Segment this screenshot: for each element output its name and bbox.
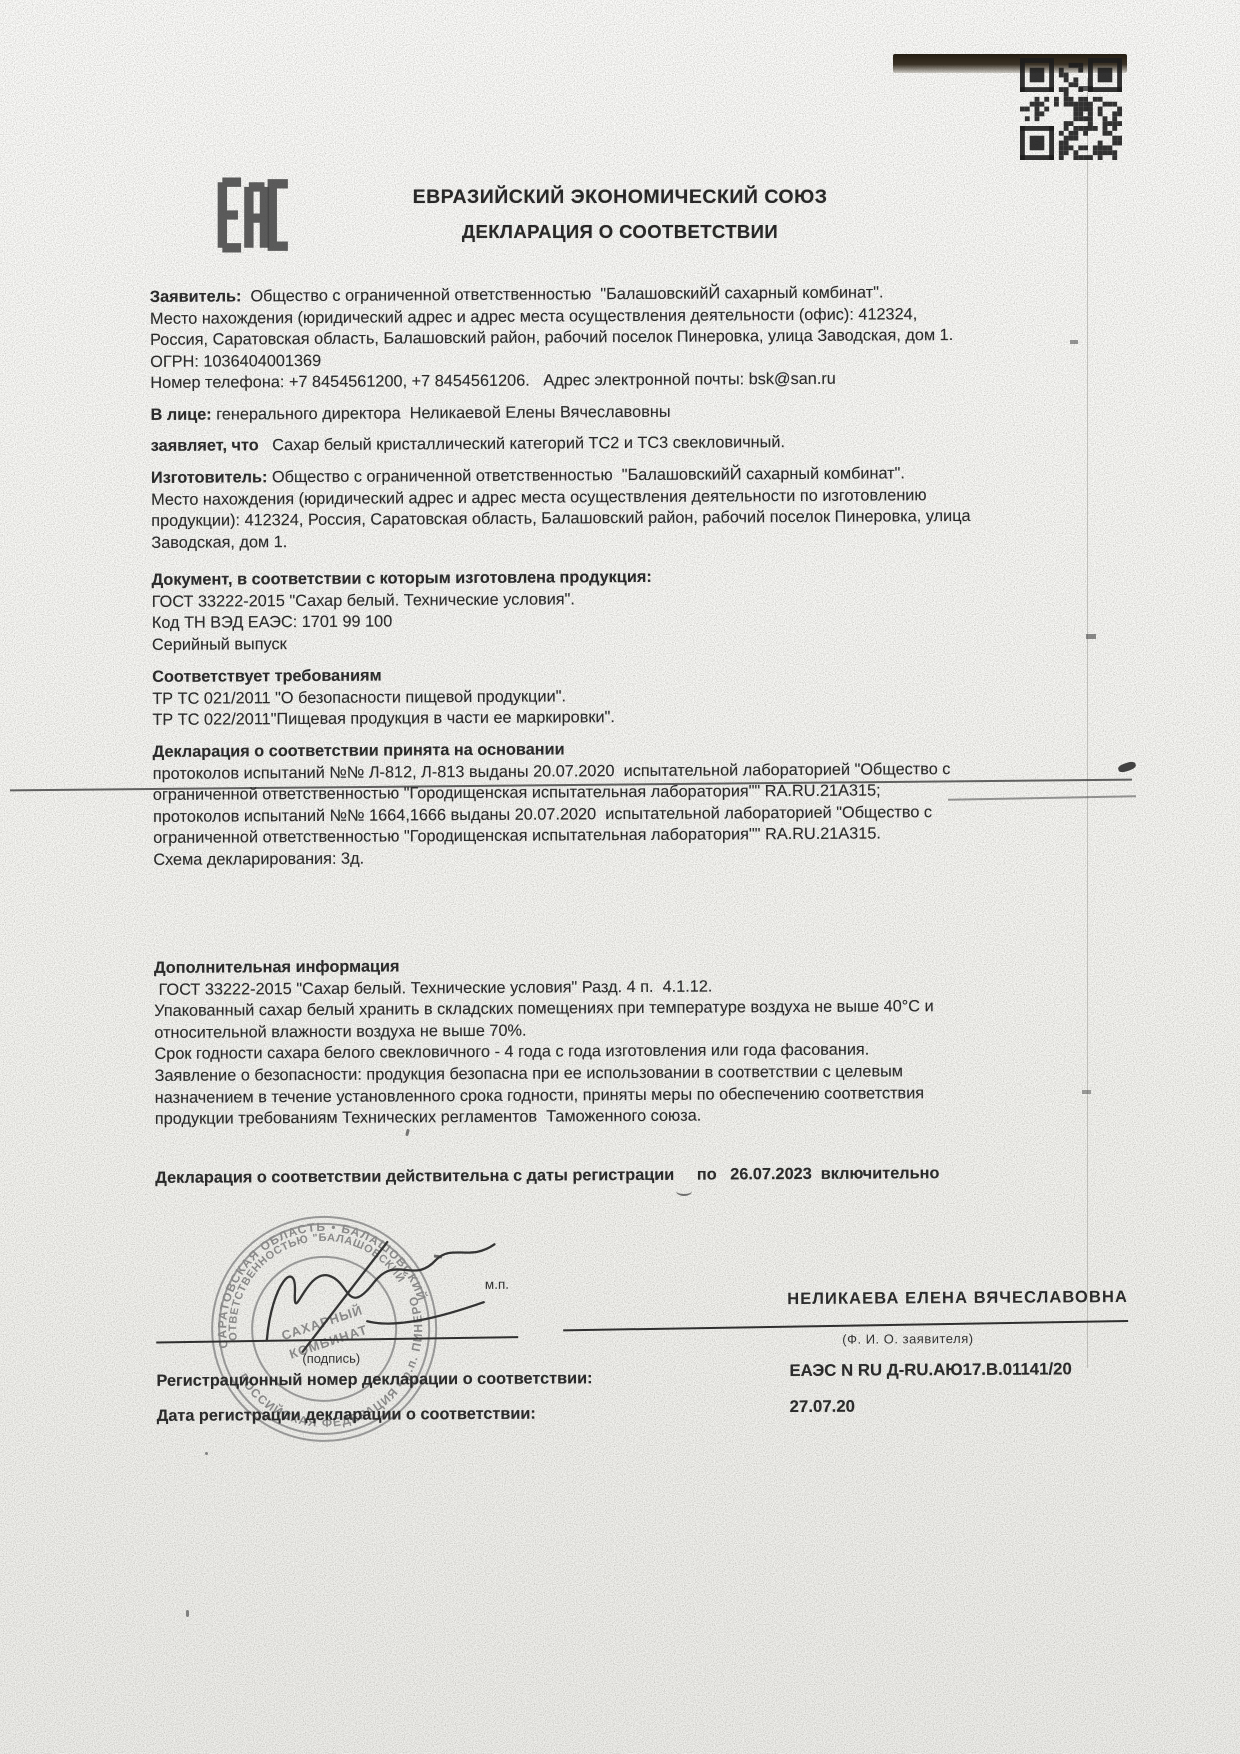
fio-caption: (Ф. И. О. заявителя) xyxy=(842,1331,973,1347)
text-line: Схема декларирования: 3д. xyxy=(153,845,951,871)
paragraph-product-document: Документ, в соответствии с которым изгот… xyxy=(152,567,653,656)
registration-date-value: 27.07.20 xyxy=(790,1397,855,1417)
text-line: В лице: генерального директора Неликаево… xyxy=(151,402,671,427)
paragraph-validity: Декларация о соответствии действительна … xyxy=(155,1163,939,1189)
paragraph-manufacturer: Изготовитель: Общество с ограниченной от… xyxy=(151,463,971,554)
paragraph-basis: Декларация о соответствии принята на осн… xyxy=(153,737,951,871)
applicant-full-name: НЕЛИКАЕВА ЕЛЕНА ВЯЧЕСЛАВОВНА xyxy=(696,1288,1128,1310)
registration-number-label: Регистрационный номер декларации о соотв… xyxy=(156,1369,592,1391)
text-line: ТР ТС 022/2011"Пищевая продукция в части… xyxy=(152,707,615,731)
paragraph-declares: заявляет, что Сахар белый кристаллически… xyxy=(151,432,785,457)
text-line: продукции требованиям Технических реглам… xyxy=(155,1104,935,1130)
scanned-declaration-page: ЕВРАЗИЙСКИЙ ЭКОНОМИЧЕСКИЙ СОЮЗ ДЕКЛАРАЦИ… xyxy=(0,0,1240,1754)
fio-line xyxy=(563,1320,1128,1331)
text-line: Серийный выпуск xyxy=(152,632,652,657)
text-line: Заводская, дом 1. xyxy=(151,528,970,555)
text-line: Код ТН ВЭД ЕАЭС: 1701 99 100 xyxy=(152,610,652,635)
document-body: Заявитель: Общество с ограниченной ответ… xyxy=(0,0,1240,1754)
registration-number-value: ЕАЭС N RU Д-RU.АЮ17.В.01141/20 xyxy=(789,1359,1071,1381)
paragraph-in-person: В лице: генерального директора Неликаево… xyxy=(151,402,671,427)
text-line: заявляет, что Сахар белый кристаллически… xyxy=(151,432,785,457)
text-line: ГОСТ 33222-2015 "Сахар белый. Технически… xyxy=(152,588,652,613)
text-line: Соответствует требованиям xyxy=(152,664,615,688)
text-line: Декларация о соответствии действительна … xyxy=(155,1163,939,1189)
paragraph-requirements: Соответствует требованиям ТР ТС 021/2011… xyxy=(152,664,615,732)
paragraph-applicant: Заявитель: Общество с ограниченной ответ… xyxy=(150,282,954,395)
registration-date-label: Дата регистрации декларации о соответств… xyxy=(157,1405,536,1426)
paragraph-additional-info: Дополнительная информация ГОСТ 33222-201… xyxy=(154,953,934,1131)
text-line: Документ, в соответствии с которым изгот… xyxy=(152,567,652,592)
text-line: ТР ТС 021/2011 "О безопасности пищевой п… xyxy=(152,686,615,710)
text-line: Номер телефона: +7 8454561200, +7 845456… xyxy=(150,368,953,394)
